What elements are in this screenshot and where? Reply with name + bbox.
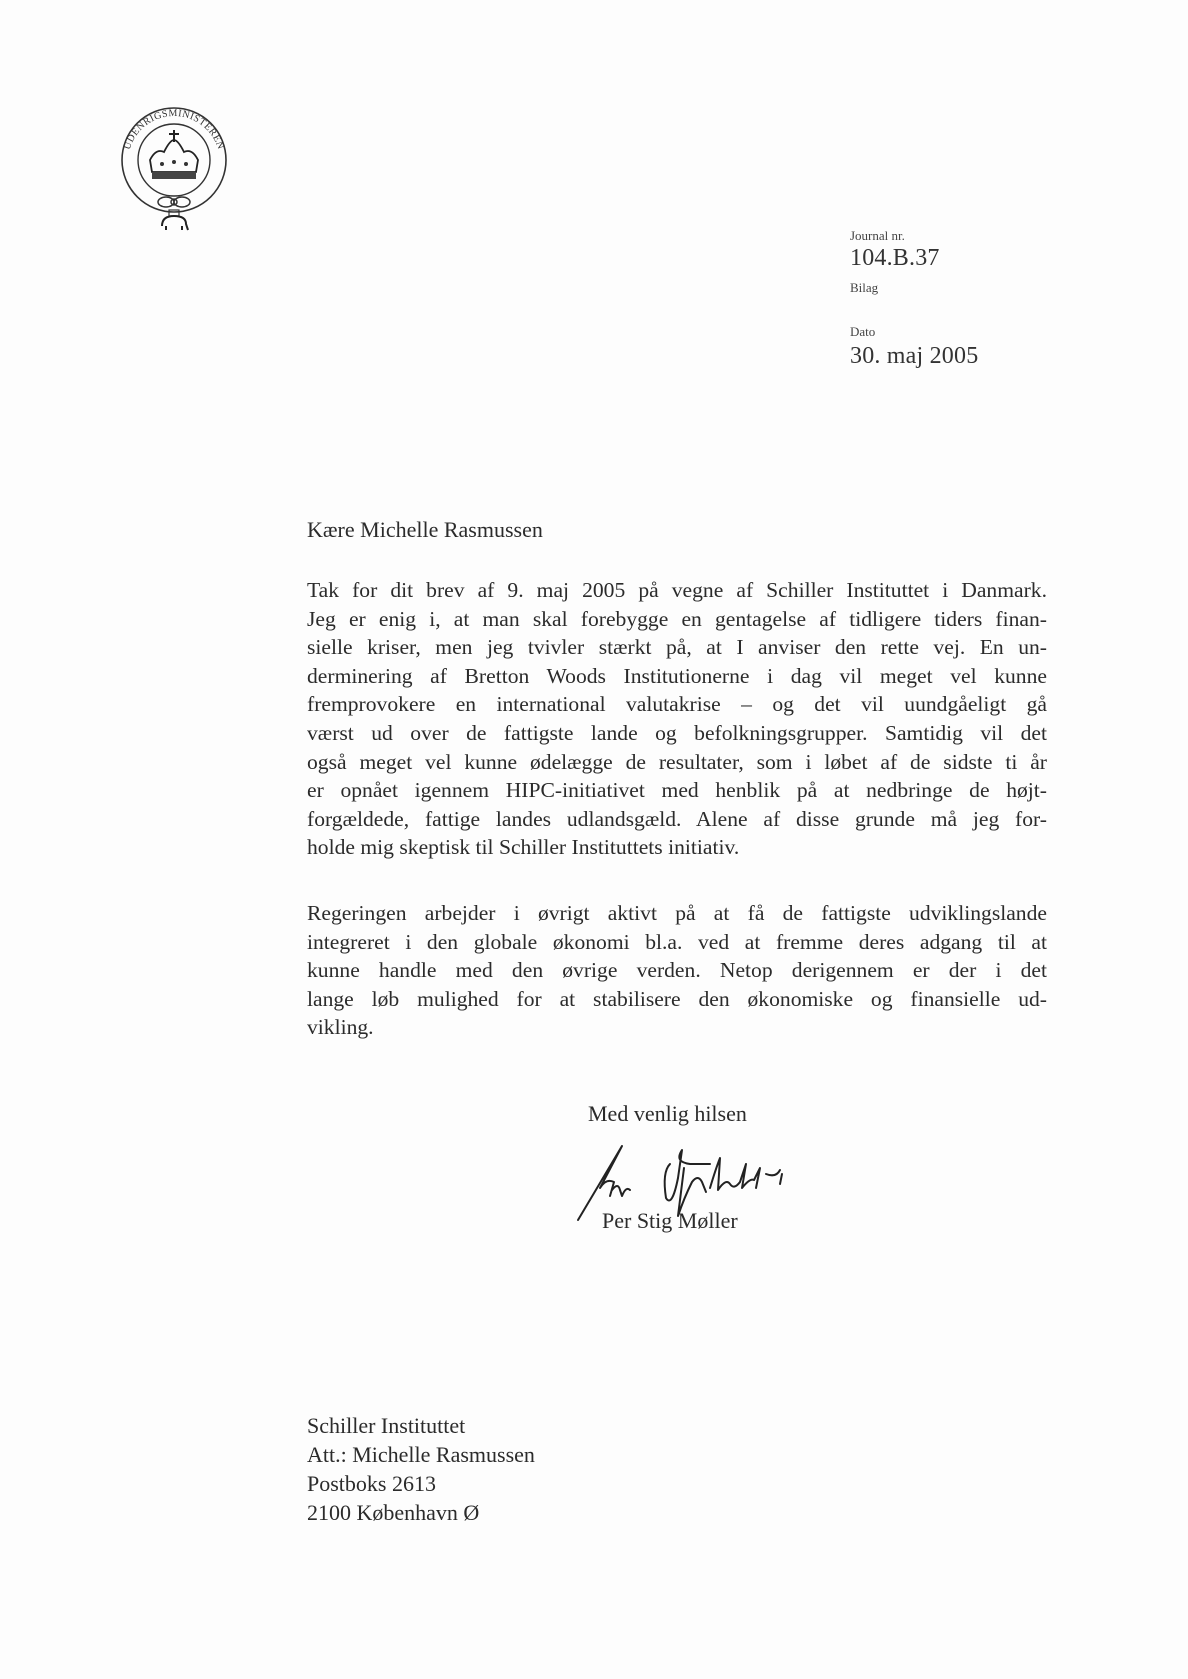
text-line: også meget vel kunne ødelægge de resulta… bbox=[307, 748, 1047, 777]
text-line: værst ud over de fattigste lande og befo… bbox=[307, 719, 1047, 748]
address-line: Att.: Michelle Rasmussen bbox=[307, 1440, 535, 1469]
text-line: Jeg er enig i, at man skal forebygge en … bbox=[307, 605, 1047, 634]
signer-name: Per Stig Møller bbox=[602, 1208, 738, 1234]
address-line: Postboks 2613 bbox=[307, 1469, 535, 1498]
text-line: vikling. bbox=[307, 1013, 1047, 1042]
date-label: Dato bbox=[850, 324, 875, 340]
text-line: Regeringen arbejder i øvrigt aktivt på a… bbox=[307, 899, 1047, 928]
text-line: integreret i den globale økonomi bl.a. v… bbox=[307, 928, 1047, 957]
body-paragraph-2: Regeringen arbejder i øvrigt aktivt på a… bbox=[307, 899, 1047, 1042]
recipient-address: Schiller Instituttet Att.: Michelle Rasm… bbox=[307, 1411, 535, 1527]
address-line: Schiller Instituttet bbox=[307, 1411, 535, 1440]
text-line: Tak for dit brev af 9. maj 2005 på vegne… bbox=[307, 576, 1047, 605]
body-paragraph-1: Tak for dit brev af 9. maj 2005 på vegne… bbox=[307, 576, 1047, 862]
letter-date: 30. maj 2005 bbox=[850, 343, 978, 370]
text-line: kunne handle med den øvrige verden. Neto… bbox=[307, 956, 1047, 985]
address-line: 2100 København Ø bbox=[307, 1498, 535, 1527]
journal-number: 104.B.37 bbox=[850, 245, 940, 272]
journal-label: Journal nr. bbox=[850, 227, 905, 245]
text-line: holde mig skeptisk til Schiller Institut… bbox=[307, 833, 1047, 862]
text-line: er opnået igennem HIPC-initiativet med h… bbox=[307, 776, 1047, 805]
text-line: derminering af Bretton Woods Institution… bbox=[307, 662, 1047, 691]
text-line: sielle kriser, men jeg tvivler stærkt på… bbox=[307, 633, 1047, 662]
salutation: Kære Michelle Rasmussen bbox=[307, 517, 543, 543]
text-line: lange løb mulighed for at stabilisere de… bbox=[307, 985, 1047, 1014]
text-line: forgældede, fattige landes udlandsgæld. … bbox=[307, 805, 1047, 834]
svg-text:UDENRIGSMINISTEREN: UDENRIGSMINISTEREN bbox=[122, 108, 226, 151]
text-line: fremprovokere en international valutakri… bbox=[307, 690, 1047, 719]
closing: Med venlig hilsen bbox=[588, 1101, 747, 1127]
bilag-label: Bilag bbox=[850, 280, 878, 296]
ministry-seal-icon: UDENRIGSMINISTEREN bbox=[112, 100, 236, 234]
